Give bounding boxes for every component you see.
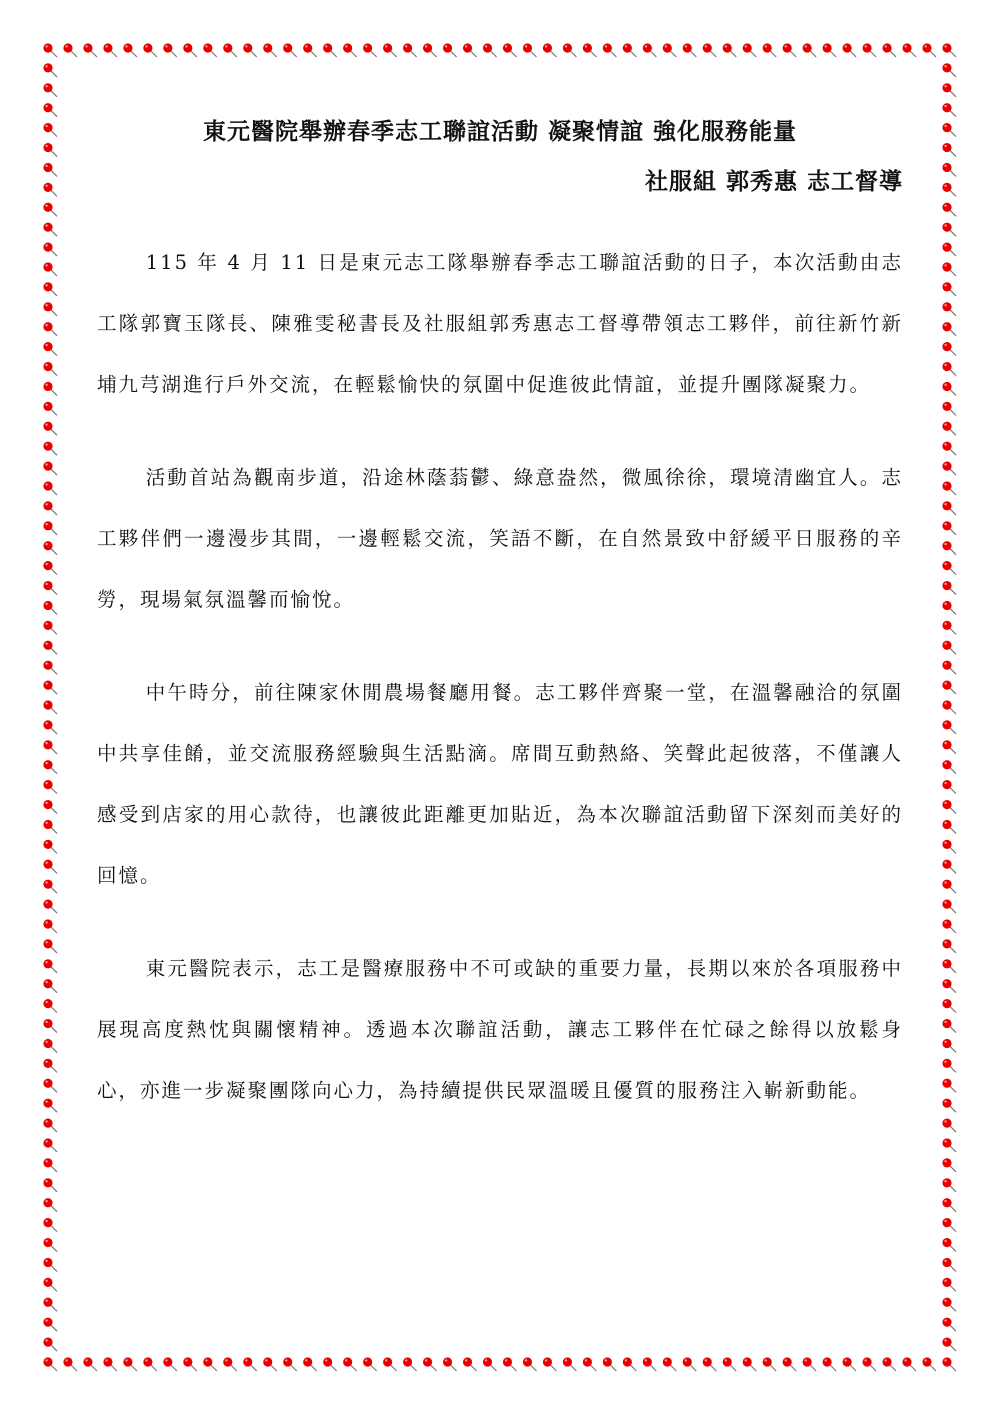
- pushpin-icon: [882, 43, 896, 57]
- paragraph: 東元醫院表示，志工是醫療服務中不可或缺的重要力量，長期以來於各項服務中展現高度熱…: [97, 938, 903, 1121]
- pushpin-icon: [942, 143, 956, 157]
- pushpin-icon: [942, 880, 956, 894]
- pushpin-icon: [363, 1357, 377, 1371]
- pushpin-icon: [942, 939, 956, 953]
- pushpin-icon: [103, 1357, 117, 1371]
- pushpin-icon: [783, 1357, 797, 1371]
- pushpin-icon: [283, 1357, 297, 1371]
- pushpin-icon: [663, 43, 677, 57]
- pushpin-icon: [43, 1278, 57, 1292]
- pushpin-icon: [942, 979, 956, 993]
- pushpin-icon: [942, 860, 956, 874]
- pushpin-icon: [942, 43, 956, 57]
- pushpin-icon: [303, 1357, 317, 1371]
- pushpin-icon: [623, 43, 637, 57]
- pushpin-icon: [303, 43, 317, 57]
- pushpin-icon: [103, 43, 117, 57]
- pushpin-icon: [942, 461, 956, 475]
- pushpin-icon: [43, 661, 57, 675]
- pushpin-icon: [43, 1158, 57, 1172]
- pushpin-icon: [43, 501, 57, 515]
- pushpin-icon: [203, 1357, 217, 1371]
- pushpin-icon: [683, 43, 697, 57]
- pushpin-icon: [942, 840, 956, 854]
- pushpin-icon: [323, 43, 337, 57]
- pushpin-icon: [223, 1357, 237, 1371]
- pushpin-icon: [942, 1258, 956, 1272]
- pushpin-icon: [942, 442, 956, 456]
- pushpin-icon: [763, 1357, 777, 1371]
- pushpin-icon: [283, 43, 297, 57]
- pushpin-icon: [463, 43, 477, 57]
- pushpin-icon: [503, 43, 517, 57]
- pushpin-icon: [823, 43, 837, 57]
- document-body: 115 年 4 月 11 日是東元志工隊舉辦春季志工聯誼活動的日子，本次活動由志…: [97, 232, 903, 1153]
- pushpin-icon: [942, 83, 956, 97]
- pushpin-icon: [942, 561, 956, 575]
- pushpin-icon: [223, 43, 237, 57]
- pushpin-icon: [942, 183, 956, 197]
- pushpin-icon: [942, 1039, 956, 1053]
- pushpin-icon: [862, 1357, 876, 1371]
- pushpin-icon: [942, 820, 956, 834]
- pushpin-icon: [43, 581, 57, 595]
- pushpin-icon: [43, 262, 57, 276]
- pushpin-icon: [543, 43, 557, 57]
- pushpin-icon: [43, 402, 57, 416]
- pushpin-icon: [43, 561, 57, 575]
- paragraph: 活動首站為觀南步道，沿途林蔭蓊鬱、綠意盎然，微風徐徐，環境清幽宜人。志工夥伴們一…: [97, 447, 903, 630]
- pushpin-icon: [683, 1357, 697, 1371]
- pushpin-icon: [43, 442, 57, 456]
- pushpin-icon: [942, 362, 956, 376]
- pushpin-icon: [143, 43, 157, 57]
- pushpin-icon: [43, 123, 57, 137]
- pushpin-icon: [43, 1357, 57, 1371]
- pushpin-icon: [43, 1318, 57, 1332]
- pushpin-icon: [563, 43, 577, 57]
- pushpin-icon: [942, 481, 956, 495]
- pushpin-icon: [942, 760, 956, 774]
- pushpin-icon: [43, 83, 57, 97]
- pushpin-icon: [443, 1357, 457, 1371]
- pushpin-icon: [942, 680, 956, 694]
- pushpin-icon: [43, 860, 57, 874]
- pushpin-icon: [803, 43, 817, 57]
- pushpin-icon: [43, 1238, 57, 1252]
- pushpin-icon: [43, 1198, 57, 1212]
- pushpin-icon: [43, 362, 57, 376]
- pushpin-icon: [942, 103, 956, 117]
- pushpin-icon: [942, 123, 956, 137]
- pushpin-icon: [43, 899, 57, 913]
- pushpin-icon: [942, 641, 956, 655]
- pushpin-icon: [43, 461, 57, 475]
- pushpin-icon: [703, 1357, 717, 1371]
- pushpin-icon: [942, 661, 956, 675]
- pushpin-icon: [443, 43, 457, 57]
- pushpin-icon: [603, 43, 617, 57]
- pushpin-icon: [43, 1099, 57, 1113]
- pushpin-icon: [183, 1357, 197, 1371]
- pushpin-icon: [43, 1138, 57, 1152]
- pushpin-icon: [43, 282, 57, 296]
- pushpin-icon: [43, 999, 57, 1013]
- pushpin-icon: [503, 1357, 517, 1371]
- pushpin-icon: [942, 1318, 956, 1332]
- pushpin-icon: [243, 1357, 257, 1371]
- pushpin-icon: [43, 1178, 57, 1192]
- pushpin-icon: [43, 481, 57, 495]
- pushpin-icon: [942, 1099, 956, 1113]
- pushpin-icon: [43, 740, 57, 754]
- pushpin-icon: [43, 880, 57, 894]
- pushpin-icon: [43, 342, 57, 356]
- pushpin-icon: [942, 63, 956, 77]
- pushpin-icon: [403, 43, 417, 57]
- pushpin-icon: [942, 700, 956, 714]
- pushpin-icon: [43, 601, 57, 615]
- pushpin-icon: [643, 1357, 657, 1371]
- pushpin-icon: [942, 1019, 956, 1033]
- pushpin-icon: [123, 43, 137, 57]
- pushpin-icon: [603, 1357, 617, 1371]
- pushpin-icon: [523, 1357, 537, 1371]
- pushpin-icon: [43, 959, 57, 973]
- pushpin-icon: [942, 302, 956, 316]
- pushpin-icon: [922, 1357, 936, 1371]
- pushpin-icon: [43, 302, 57, 316]
- pushpin-icon: [43, 1218, 57, 1232]
- pushpin-icon: [483, 1357, 497, 1371]
- pushpin-icon: [763, 43, 777, 57]
- pushpin-icon: [942, 382, 956, 396]
- pushpin-icon: [83, 1357, 97, 1371]
- pushpin-icon: [942, 800, 956, 814]
- pushpin-icon: [423, 1357, 437, 1371]
- pushpin-icon: [563, 1357, 577, 1371]
- pushpin-icon: [43, 521, 57, 535]
- pushpin-icon: [583, 1357, 597, 1371]
- pushpin-icon: [942, 521, 956, 535]
- pushpin-icon: [902, 1357, 916, 1371]
- pushpin-icon: [942, 223, 956, 237]
- pushpin-icon: [43, 103, 57, 117]
- pushpin-icon: [942, 1059, 956, 1073]
- pushpin-icon: [942, 163, 956, 177]
- pushpin-icon: [63, 1357, 77, 1371]
- pushpin-icon: [543, 1357, 557, 1371]
- pushpin-icon: [882, 1357, 896, 1371]
- pushpin-icon: [43, 621, 57, 635]
- pushpin-icon: [123, 1357, 137, 1371]
- pushpin-icon: [43, 720, 57, 734]
- pushpin-icon: [43, 820, 57, 834]
- pushpin-icon: [942, 919, 956, 933]
- pushpin-icon: [942, 959, 956, 973]
- pushpin-icon: [942, 1357, 956, 1371]
- pushpin-icon: [942, 1298, 956, 1312]
- pushpin-icon: [942, 1138, 956, 1152]
- pushpin-icon: [43, 203, 57, 217]
- pushpin-icon: [43, 382, 57, 396]
- pushpin-icon: [862, 43, 876, 57]
- pushpin-icon: [942, 1238, 956, 1252]
- pushpin-icon: [942, 581, 956, 595]
- pushpin-icon: [803, 1357, 817, 1371]
- pushpin-icon: [942, 262, 956, 276]
- pushpin-icon: [942, 1118, 956, 1132]
- pushpin-icon: [663, 1357, 677, 1371]
- document-title: 東元醫院舉辦春季志工聯誼活動 凝聚情誼 強化服務能量: [97, 113, 903, 146]
- pushpin-icon: [383, 43, 397, 57]
- pushpin-icon: [163, 43, 177, 57]
- pushpin-icon: [583, 43, 597, 57]
- paragraph: 115 年 4 月 11 日是東元志工隊舉辦春季志工聯誼活動的日子，本次活動由志…: [97, 232, 903, 415]
- pushpin-icon: [43, 840, 57, 854]
- pushpin-icon: [43, 163, 57, 177]
- pushpin-icon: [43, 1039, 57, 1053]
- pushpin-icon: [43, 43, 57, 57]
- pushpin-icon: [942, 402, 956, 416]
- pushpin-icon: [942, 342, 956, 356]
- pushpin-icon: [942, 541, 956, 555]
- pushpin-icon: [942, 1178, 956, 1192]
- pushpin-icon: [942, 899, 956, 913]
- pushpin-icon: [942, 422, 956, 436]
- pushpin-icon: [643, 43, 657, 57]
- author-byline: 社服組 郭秀惠 志工督導: [645, 163, 903, 196]
- pushpin-icon: [343, 1357, 357, 1371]
- pushpin-icon: [43, 939, 57, 953]
- pushpin-icon: [703, 43, 717, 57]
- pushpin-icon: [423, 43, 437, 57]
- pushpin-icon: [43, 422, 57, 436]
- pushpin-icon: [942, 1337, 956, 1351]
- pushpin-icon: [823, 1357, 837, 1371]
- pushpin-icon: [43, 63, 57, 77]
- pushpin-icon: [623, 1357, 637, 1371]
- pushpin-icon: [43, 760, 57, 774]
- pushpin-icon: [43, 1079, 57, 1093]
- pushpin-icon: [43, 700, 57, 714]
- pushpin-icon: [942, 780, 956, 794]
- pushpin-icon: [43, 680, 57, 694]
- pushpin-icon: [942, 1278, 956, 1292]
- pushpin-icon: [942, 720, 956, 734]
- pushpin-icon: [43, 143, 57, 157]
- paragraph: 中午時分，前往陳家休閒農場餐廳用餐。志工夥伴齊聚一堂，在溫馨融洽的氛圍中共享佳餚…: [97, 662, 903, 906]
- pushpin-icon: [43, 1298, 57, 1312]
- pushpin-icon: [483, 43, 497, 57]
- pushpin-icon: [203, 43, 217, 57]
- pushpin-icon: [43, 979, 57, 993]
- pushpin-icon: [403, 1357, 417, 1371]
- pushpin-icon: [843, 1357, 857, 1371]
- pushpin-icon: [343, 43, 357, 57]
- pushpin-icon: [723, 43, 737, 57]
- pushpin-icon: [922, 43, 936, 57]
- pushpin-icon: [942, 740, 956, 754]
- pushpin-icon: [243, 43, 257, 57]
- pushpin-icon: [942, 1079, 956, 1093]
- pushpin-icon: [323, 1357, 337, 1371]
- pushpin-icon: [43, 800, 57, 814]
- pushpin-icon: [942, 999, 956, 1013]
- pushpin-icon: [43, 1019, 57, 1033]
- pushpin-icon: [63, 43, 77, 57]
- pushpin-icon: [43, 1059, 57, 1073]
- pushpin-icon: [942, 203, 956, 217]
- pushpin-icon: [743, 43, 757, 57]
- pushpin-icon: [463, 1357, 477, 1371]
- pushpin-icon: [43, 919, 57, 933]
- pushpin-icon: [843, 43, 857, 57]
- pushpin-icon: [942, 1158, 956, 1172]
- pushpin-icon: [43, 1258, 57, 1272]
- pushpin-icon: [383, 1357, 397, 1371]
- pushpin-icon: [942, 621, 956, 635]
- pushpin-icon: [942, 322, 956, 336]
- pushpin-icon: [942, 1198, 956, 1212]
- pushpin-icon: [263, 43, 277, 57]
- pushpin-icon: [942, 282, 956, 296]
- pushpin-icon: [523, 43, 537, 57]
- pushpin-icon: [43, 1337, 57, 1351]
- pushpin-icon: [942, 601, 956, 615]
- pushpin-icon: [942, 501, 956, 515]
- pushpin-icon: [83, 43, 97, 57]
- pushpin-icon: [263, 1357, 277, 1371]
- pushpin-icon: [43, 780, 57, 794]
- pushpin-icon: [43, 183, 57, 197]
- pushpin-icon: [942, 1218, 956, 1232]
- pushpin-icon: [183, 43, 197, 57]
- pushpin-icon: [43, 1118, 57, 1132]
- pushpin-icon: [942, 242, 956, 256]
- pushpin-icon: [363, 43, 377, 57]
- pushpin-icon: [723, 1357, 737, 1371]
- pushpin-icon: [43, 641, 57, 655]
- pushpin-icon: [43, 322, 57, 336]
- pushpin-icon: [43, 541, 57, 555]
- pushpin-icon: [43, 223, 57, 237]
- pushpin-icon: [163, 1357, 177, 1371]
- pushpin-icon: [43, 242, 57, 256]
- pushpin-icon: [783, 43, 797, 57]
- pushpin-icon: [902, 43, 916, 57]
- pushpin-icon: [743, 1357, 757, 1371]
- pushpin-icon: [143, 1357, 157, 1371]
